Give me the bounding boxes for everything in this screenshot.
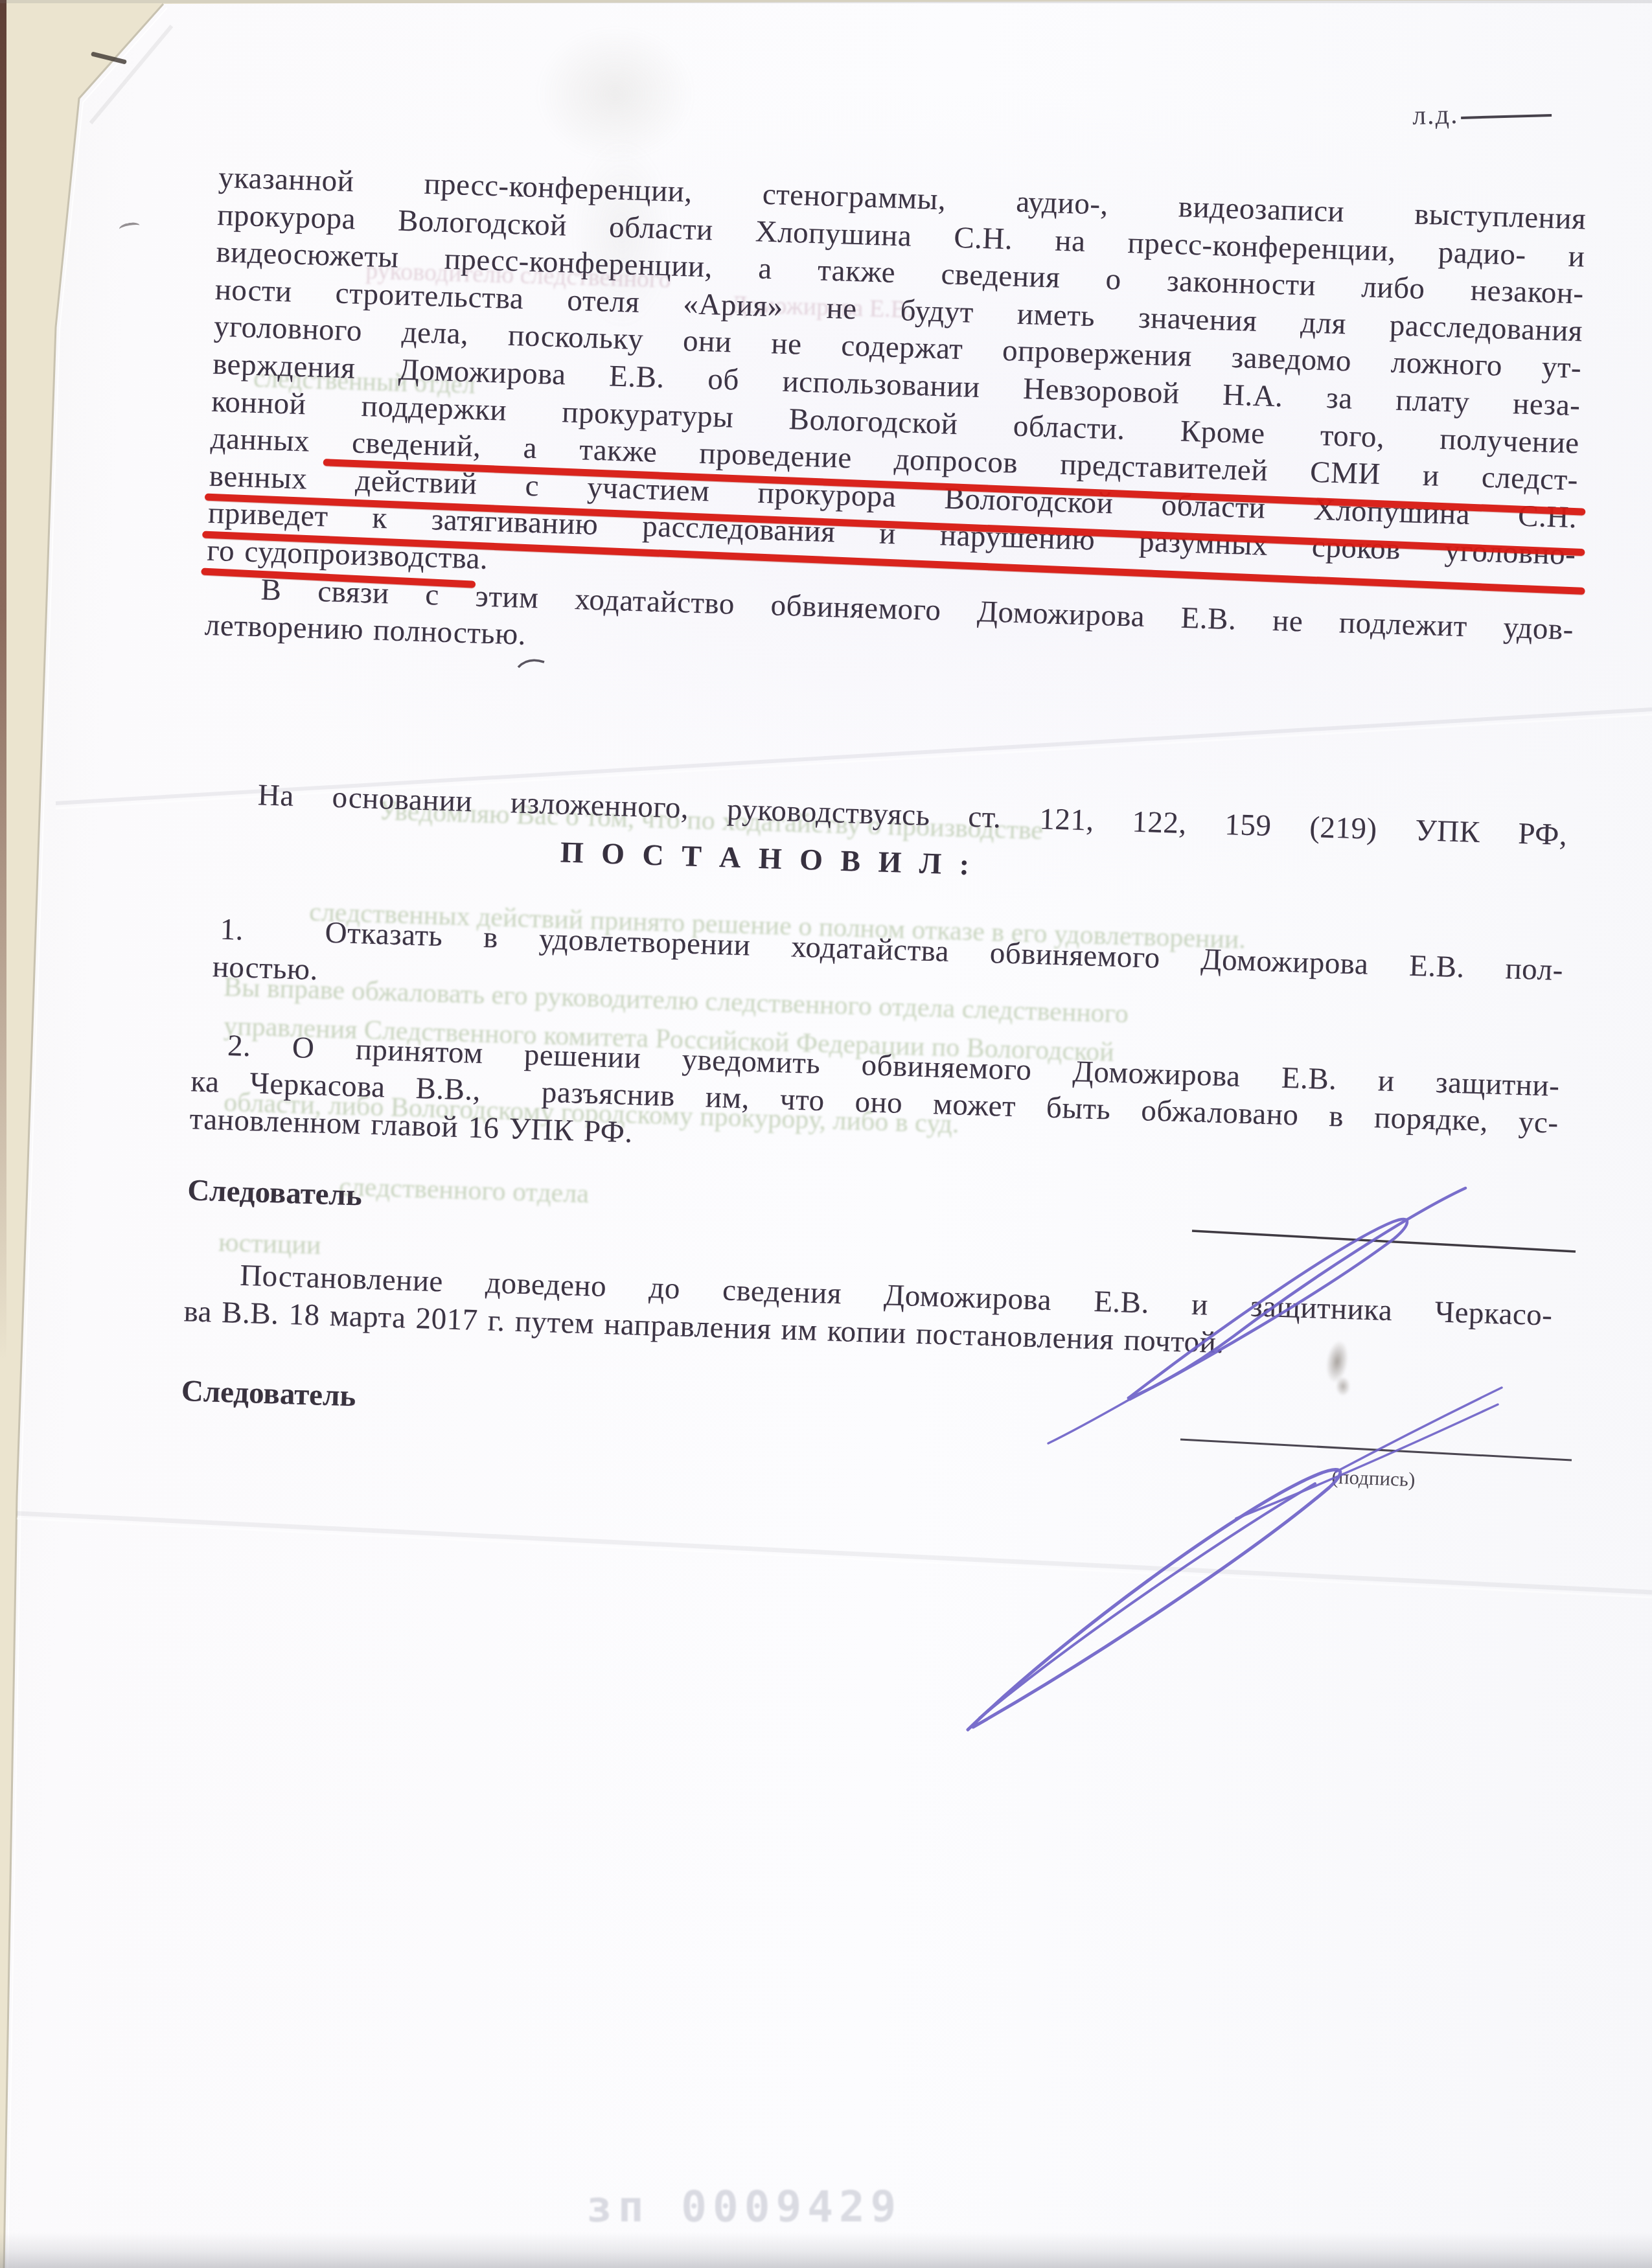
folio-text: л.д.	[1412, 100, 1459, 131]
folio-label: л.д.	[1412, 97, 1552, 132]
stamp-number-ghost: зп 0009429	[586, 2182, 902, 2232]
resolution-item-1: 1. Отказать в удовлетворении ходатайства…	[194, 911, 1564, 1027]
scanner-edge-shadow	[0, 0, 6, 1360]
scanned-document: { "folio": { "label": "л.д.", "blank": "…	[0, 0, 1652, 2268]
scan-top-edge	[0, 0, 1652, 3]
resolution-item-2: 2. О принятом решении уведомить обвиняем…	[189, 1026, 1560, 1180]
document-body: указанной пресс-конференции, стенограммы…	[181, 159, 1587, 1452]
scan-bottom-edge	[0, 2232, 1652, 2268]
ink-smudge	[1333, 1373, 1353, 1399]
folio-blank-line	[1461, 109, 1552, 119]
investigator-label: Следователь	[187, 1172, 1555, 1251]
